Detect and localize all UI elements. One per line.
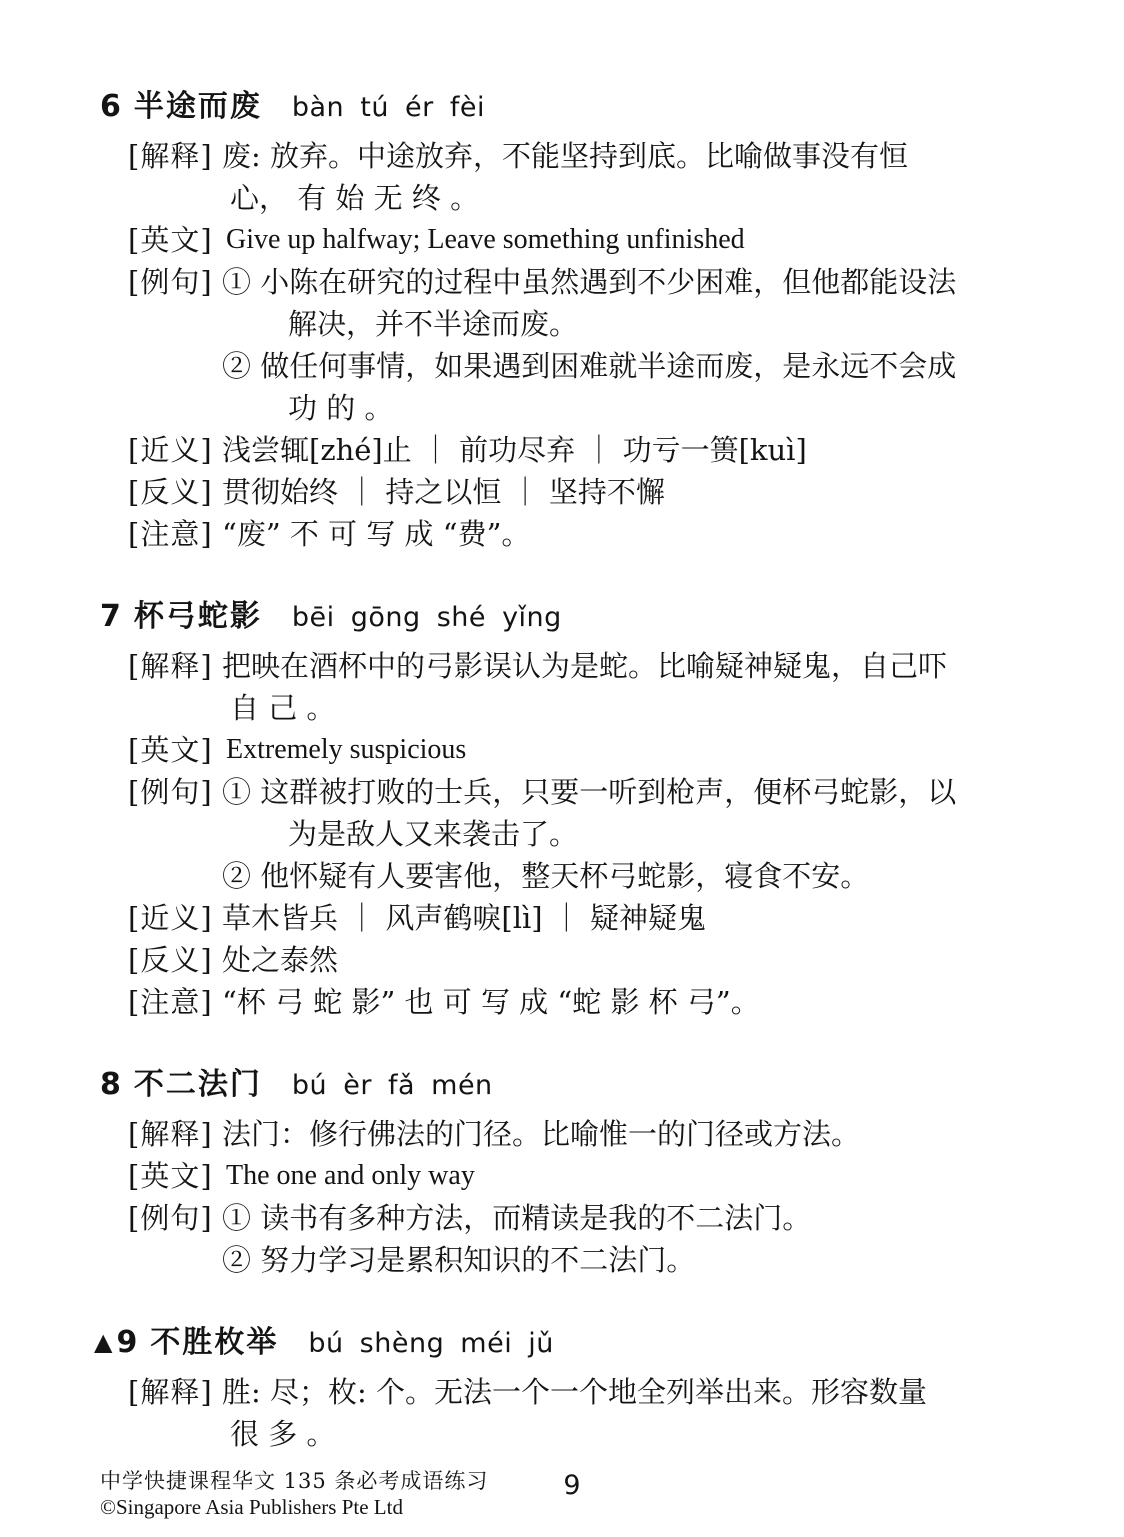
section-lines: 法门：修行佛法的门径。比喻惟一的门径或方法。 — [222, 1113, 1028, 1155]
section-line: 功 的 。 — [222, 387, 1028, 429]
section-label: [例句] — [128, 1197, 222, 1281]
entries: 6半途而废bàn tú ér fèi [解释] 废: 放弃。中途放弃，不能坚持到… — [100, 85, 1028, 1455]
section-lines: 胜: 尽；枚: 个。无法一个一个地全列举出来。形容数量很 多 。 — [222, 1371, 1028, 1455]
entry-section: [英文] Extremely suspicious — [100, 729, 1028, 771]
section-label: [解释] — [128, 645, 222, 729]
section-line: 法门：修行佛法的门径。比喻惟一的门径或方法。 — [222, 1113, 1028, 1155]
section-line: ① 这群被打败的士兵，只要一听到枪声，便杯弓蛇影，以 — [222, 771, 1028, 813]
entry-headword: 不二法门 — [134, 1067, 262, 1102]
entry-number: 6 — [100, 85, 121, 128]
entry-sections: [解释] 胜: 尽；枚: 个。无法一个一个地全列举出来。形容数量很 多 。 — [100, 1371, 1028, 1455]
entry-number: 9 — [116, 1321, 137, 1364]
section-lines: 浅尝辄[zhé]止 ｜ 前功尽弃 ｜ 功亏一篑[kuì] — [222, 429, 1028, 471]
entry-pinyin: bú èr fǎ mén — [292, 1070, 493, 1101]
entry-header: ▲9不胜枚举bú shèng méi jǔ — [100, 1321, 1028, 1365]
entry-pinyin: bēi gōng shé yǐng — [292, 602, 562, 633]
footer: 中学快捷课程华文 135 条必考成语练习 ©Singapore Asia Pub… — [100, 1468, 1028, 1520]
entry-headword: 不胜枚举 — [150, 1325, 278, 1360]
entry-headword: 半途而废 — [134, 89, 262, 124]
section-line: “废” 不 可 写 成 “费”。 — [222, 513, 1028, 555]
section-line: 把映在酒杯中的弓影误认为是蛇。比喻疑神疑鬼，自己吓 — [222, 645, 1028, 687]
section-line: 自 己 。 — [222, 687, 1028, 729]
entry-section: [解释] 把映在酒杯中的弓影误认为是蛇。比喻疑神疑鬼，自己吓自 己 。 — [100, 645, 1028, 729]
section-line: 草木皆兵 ｜ 风声鹤唳[lì] ｜ 疑神疑鬼 — [222, 897, 1028, 939]
entry-section: [解释] 胜: 尽；枚: 个。无法一个一个地全列举出来。形容数量很 多 。 — [100, 1371, 1028, 1455]
section-lines: Extremely suspicious — [222, 729, 1028, 771]
section-label: [注意] — [128, 981, 222, 1023]
entry-section: [近义] 浅尝辄[zhé]止 ｜ 前功尽弃 ｜ 功亏一篑[kuì] — [100, 429, 1028, 471]
section-line: 胜: 尽；枚: 个。无法一个一个地全列举出来。形容数量 — [222, 1371, 1028, 1413]
entry-section: [注意] “杯 弓 蛇 影” 也 可 写 成 “蛇 影 杯 弓”。 — [100, 981, 1028, 1023]
section-lines: 废: 放弃。中途放弃，不能坚持到底。比喻做事没有恒心， 有 始 无 终 。 — [222, 135, 1028, 219]
entry-section: [注意] “废” 不 可 写 成 “费”。 — [100, 513, 1028, 555]
section-label: [英文] — [128, 1155, 222, 1197]
entry-section: [例句] ① 这群被打败的士兵，只要一听到枪声，便杯弓蛇影，以为是敌人又来袭击了… — [100, 771, 1028, 897]
entry-header: 7杯弓蛇影bēi gōng shé yǐng — [100, 595, 1028, 639]
idiom-entry: 7杯弓蛇影bēi gōng shé yǐng [解释] 把映在酒杯中的弓影误认为… — [100, 595, 1028, 1023]
entry-section: [近义] 草木皆兵 ｜ 风声鹤唳[lì] ｜ 疑神疑鬼 — [100, 897, 1028, 939]
section-lines: ① 读书有多种方法，而精读是我的不二法门。② 努力学习是累积知识的不二法门。 — [222, 1197, 1028, 1281]
section-line: 解决，并不半途而废。 — [222, 303, 1028, 345]
section-lines: Give up halfway; Leave something unfinis… — [222, 219, 1028, 261]
textbook-page: 6半途而废bàn tú ér fèi [解释] 废: 放弃。中途放弃，不能坚持到… — [0, 0, 1124, 1537]
section-label: [英文] — [128, 729, 222, 771]
entry-sections: [解释] 把映在酒杯中的弓影误认为是蛇。比喻疑神疑鬼，自己吓自 己 。 [英文]… — [100, 645, 1028, 1023]
section-line: 废: 放弃。中途放弃，不能坚持到底。比喻做事没有恒 — [222, 135, 1028, 177]
entry-section: [解释] 废: 放弃。中途放弃，不能坚持到底。比喻做事没有恒心， 有 始 无 终… — [100, 135, 1028, 219]
section-line: 处之泰然 — [222, 939, 1028, 981]
section-label: [反义] — [128, 939, 222, 981]
entry-headword: 杯弓蛇影 — [134, 599, 262, 634]
entry-section: [反义] 贯彻始终 ｜ 持之以恒 ｜ 坚持不懈 — [100, 471, 1028, 513]
idiom-entry: 6半途而废bàn tú ér fèi [解释] 废: 放弃。中途放弃，不能坚持到… — [100, 85, 1028, 555]
section-line: Give up halfway; Leave something unfinis… — [222, 219, 1028, 261]
section-lines: ① 小陈在研究的过程中虽然遇到不少困难，但他都能设法解决，并不半途而废。② 做任… — [222, 261, 1028, 429]
section-line: The one and only way — [222, 1155, 1028, 1197]
entry-section: [反义] 处之泰然 — [100, 939, 1028, 981]
idiom-entry: ▲9不胜枚举bú shèng méi jǔ [解释] 胜: 尽；枚: 个。无法一… — [100, 1321, 1028, 1455]
entry-section: [英文] The one and only way — [100, 1155, 1028, 1197]
entry-sections: [解释] 法门：修行佛法的门径。比喻惟一的门径或方法。 [英文] The one… — [100, 1113, 1028, 1281]
entry-pinyin: bàn tú ér fèi — [292, 92, 485, 123]
entry-section: [例句] ① 小陈在研究的过程中虽然遇到不少困难，但他都能设法解决，并不半途而废… — [100, 261, 1028, 429]
entry-header: 8不二法门bú èr fǎ mén — [100, 1063, 1028, 1107]
section-label: [例句] — [128, 261, 222, 429]
entry-section: [例句] ① 读书有多种方法，而精读是我的不二法门。② 努力学习是累积知识的不二… — [100, 1197, 1028, 1281]
section-lines: 草木皆兵 ｜ 风声鹤唳[lì] ｜ 疑神疑鬼 — [222, 897, 1028, 939]
section-label: [解释] — [128, 1113, 222, 1155]
section-line: 为是敌人又来袭击了。 — [222, 813, 1028, 855]
entry-section: [解释] 法门：修行佛法的门径。比喻惟一的门径或方法。 — [100, 1113, 1028, 1155]
section-line: 心， 有 始 无 终 。 — [222, 177, 1028, 219]
section-line: Extremely suspicious — [222, 729, 1028, 771]
section-line: ① 小陈在研究的过程中虽然遇到不少困难，但他都能设法 — [222, 261, 1028, 303]
section-label: [注意] — [128, 513, 222, 555]
section-lines: “废” 不 可 写 成 “费”。 — [222, 513, 1028, 555]
section-line: ② 他怀疑有人要害他，整天杯弓蛇影，寝食不安。 — [222, 855, 1028, 897]
section-label: [英文] — [128, 219, 222, 261]
entry-number: 8 — [100, 1063, 121, 1106]
section-line: ① 读书有多种方法，而精读是我的不二法门。 — [222, 1197, 1028, 1239]
section-label: [解释] — [128, 135, 222, 219]
section-lines: ① 这群被打败的士兵，只要一听到枪声，便杯弓蛇影，以为是敌人又来袭击了。② 他怀… — [222, 771, 1028, 897]
section-lines: 贯彻始终 ｜ 持之以恒 ｜ 坚持不懈 — [222, 471, 1028, 513]
section-label: [近义] — [128, 897, 222, 939]
section-lines: “杯 弓 蛇 影” 也 可 写 成 “蛇 影 杯 弓”。 — [222, 981, 1028, 1023]
idiom-entry: 8不二法门bú èr fǎ mén [解释] 法门：修行佛法的门径。比喻惟一的门… — [100, 1063, 1028, 1281]
section-line: ② 做任何事情，如果遇到困难就半途而废，是永远不会成 — [222, 345, 1028, 387]
entry-section: [英文] Give up halfway; Leave something un… — [100, 219, 1028, 261]
entry-marker-triangle-icon: ▲ — [94, 1328, 112, 1356]
section-lines: 处之泰然 — [222, 939, 1028, 981]
entry-number: 7 — [100, 595, 121, 638]
section-line: “杯 弓 蛇 影” 也 可 写 成 “蛇 影 杯 弓”。 — [222, 981, 1028, 1023]
entry-pinyin: bú shèng méi jǔ — [308, 1328, 554, 1359]
section-line: 很 多 。 — [222, 1413, 1028, 1455]
section-lines: 把映在酒杯中的弓影误认为是蛇。比喻疑神疑鬼，自己吓自 己 。 — [222, 645, 1028, 729]
section-label: [反义] — [128, 471, 222, 513]
section-label: [解释] — [128, 1371, 222, 1455]
section-line: ② 努力学习是累积知识的不二法门。 — [222, 1239, 1028, 1281]
section-line: 浅尝辄[zhé]止 ｜ 前功尽弃 ｜ 功亏一篑[kuì] — [222, 429, 1028, 471]
section-label: [近义] — [128, 429, 222, 471]
page-number: 9 — [552, 1470, 592, 1501]
section-line: 贯彻始终 ｜ 持之以恒 ｜ 坚持不懈 — [222, 471, 1028, 513]
entry-header: 6半途而废bàn tú ér fèi — [100, 85, 1028, 129]
section-label: [例句] — [128, 771, 222, 897]
section-lines: The one and only way — [222, 1155, 1028, 1197]
entry-sections: [解释] 废: 放弃。中途放弃，不能坚持到底。比喻做事没有恒心， 有 始 无 终… — [100, 135, 1028, 555]
